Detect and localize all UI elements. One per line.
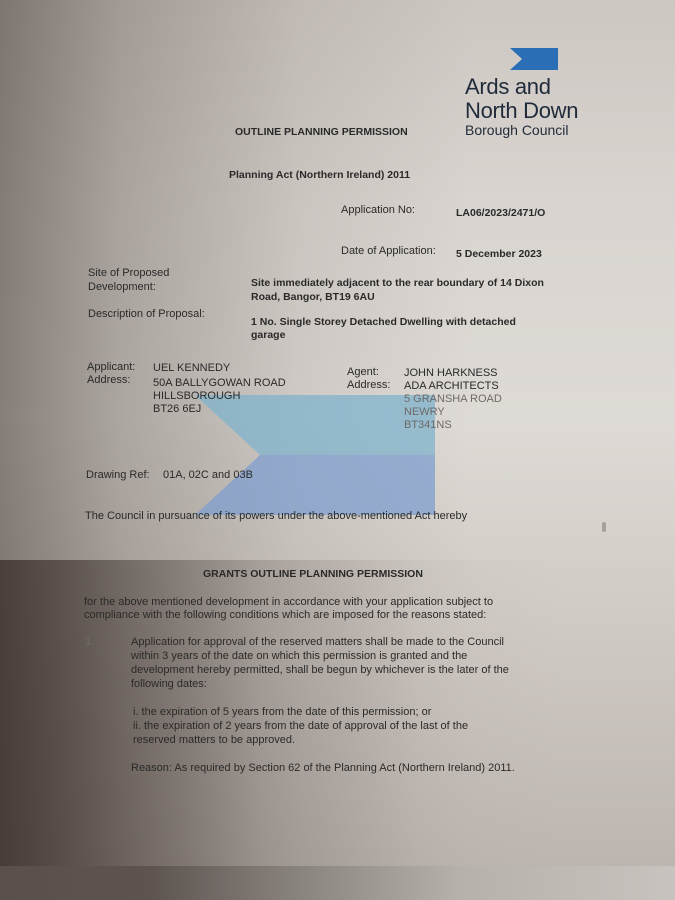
site-label-2: Development: bbox=[88, 281, 156, 294]
condition-line: Application for approval of the reserved… bbox=[131, 636, 504, 649]
logo-text-line2: North Down bbox=[465, 100, 578, 122]
council-logo-flag-icon bbox=[510, 48, 558, 70]
site-line-2: Road, Bangor, BT19 6AU bbox=[251, 291, 375, 304]
paper-mark bbox=[602, 522, 606, 532]
applicant-address-line: 50A BALLYGOWAN ROAD bbox=[153, 377, 286, 390]
applicant-address-line: BT26 6EJ bbox=[153, 403, 201, 416]
applicant-label: Applicant: bbox=[87, 361, 135, 374]
agent-address-line: ADA ARCHITECTS bbox=[404, 380, 499, 393]
site-line-1: Site immediately adjacent to the rear bo… bbox=[251, 277, 544, 290]
agent-name: JOHN HARKNESS bbox=[404, 367, 498, 380]
application-no-value: LA06/2023/2471/O bbox=[456, 207, 545, 220]
applicant-address-label: Address: bbox=[87, 374, 130, 387]
act-heading: Planning Act (Northern Ireland) 2011 bbox=[229, 169, 410, 182]
proposal-label: Description of Proposal: bbox=[88, 308, 205, 321]
site-label-1: Site of Proposed bbox=[88, 267, 169, 280]
condition-sub-item: reserved matters to be approved. bbox=[133, 734, 295, 747]
applicant-address-line: HILLSBOROUGH bbox=[153, 390, 240, 403]
intro-line-2: compliance with the following conditions… bbox=[84, 609, 486, 622]
application-no-label: Application No: bbox=[341, 204, 415, 217]
condition-sub-item: i. the expiration of 5 years from the da… bbox=[133, 706, 431, 719]
agent-address-line: NEWRY bbox=[404, 406, 445, 419]
drawing-ref-value: 01A, 02C and 03B bbox=[163, 469, 253, 482]
condition-sub-item: ii. the expiration of 2 years from the d… bbox=[133, 720, 468, 733]
agent-address-label: Address: bbox=[347, 379, 390, 392]
condition-line: following dates: bbox=[131, 678, 207, 691]
watermark-flag-icon bbox=[195, 395, 435, 515]
agent-address-line: 5 GRANSHA ROAD bbox=[404, 393, 502, 406]
proposal-line-2: garage bbox=[251, 329, 285, 342]
table-surface bbox=[0, 866, 675, 900]
logo-text-line3: Borough Council bbox=[465, 123, 569, 138]
drawing-ref-label: Drawing Ref: bbox=[86, 469, 150, 482]
condition-line: development hereby permitted, shall be b… bbox=[131, 664, 509, 677]
condition-number: 1. bbox=[85, 636, 94, 649]
grants-heading: GRANTS OUTLINE PLANNING PERMISSION bbox=[203, 568, 423, 581]
condition-reason: Reason: As required by Section 62 of the… bbox=[131, 762, 515, 775]
applicant-name: UEL KENNEDY bbox=[153, 362, 230, 375]
agent-label: Agent: bbox=[347, 366, 379, 379]
date-value: 5 December 2023 bbox=[456, 248, 542, 261]
condition-line: within 3 years of the date on which this… bbox=[131, 650, 467, 663]
document-title: OUTLINE PLANNING PERMISSION bbox=[235, 126, 408, 139]
date-label: Date of Application: bbox=[341, 245, 436, 258]
agent-address-line: BT341NS bbox=[404, 419, 452, 432]
pursuance-text: The Council in pursuance of its powers u… bbox=[85, 510, 467, 523]
logo-text-line1: Ards and bbox=[465, 76, 551, 98]
proposal-line-1: 1 No. Single Storey Detached Dwelling wi… bbox=[251, 316, 516, 329]
intro-line-1: for the above mentioned development in a… bbox=[84, 596, 493, 609]
